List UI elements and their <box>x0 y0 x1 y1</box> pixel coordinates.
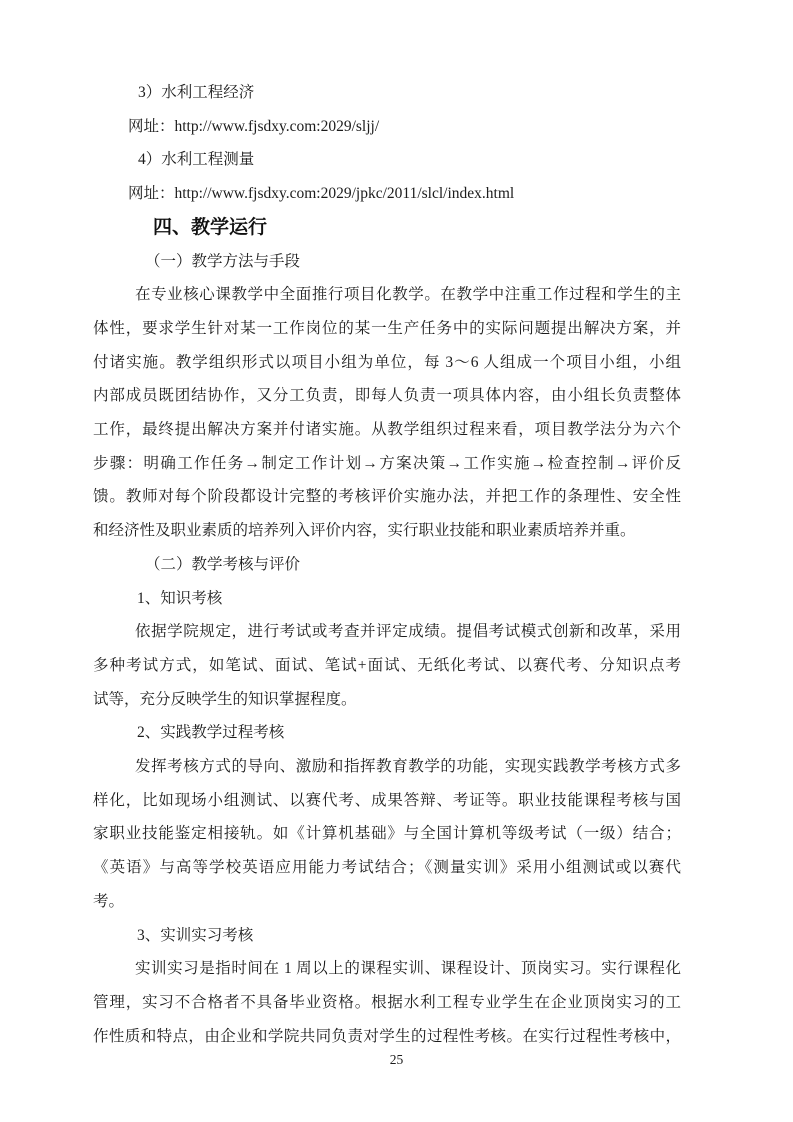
page-number: 25 <box>0 1050 793 1070</box>
list-item: 4）水利工程测量 <box>93 143 681 177</box>
list-point: 3、实训实习考核 <box>93 919 681 953</box>
text-line: 依据学院规定，进行考试或考查并评定成绩。提倡考试模式创新和改革，采用 <box>93 615 681 649</box>
text-line: 家职业技能鉴定相接轨。如《计算机基础》与全国计算机等级考试（一级）结合； <box>93 817 681 851</box>
text-line: 工作，最终提出解决方案并付诸实施。从教学组织过程来看，项目教学法分为六个 <box>93 413 681 447</box>
text-line: 体性，要求学生针对某一工作岗位的某一生产任务中的实际问题提出解决方案，并 <box>93 312 681 346</box>
text-line: 样化，比如现场小组测试、以赛代考、成果答辩、考证等。职业技能课程考核与国 <box>93 784 681 818</box>
document-page: 3）水利工程经济网址：http://www.fjsdxy.com:2029/sl… <box>0 0 793 1122</box>
text-line: 多种考试方式，如笔试、面试、笔试+面试、无纸化考试、以赛代考、分知识点考 <box>93 649 681 683</box>
text-line: 内部成员既团结协作，又分工负责，即每人负责一项具体内容，由小组长负责整体 <box>93 379 681 413</box>
text-line: 付诸实施。教学组织形式以项目小组为单位，每 3～6 人组成一个项目小组，小组 <box>93 346 681 380</box>
text-line: 和经济性及职业素质的培养列入评价内容，实行职业技能和职业素质培养并重。 <box>93 514 681 548</box>
text-line: 馈。教师对每个阶段都设计完整的考核评价实施办法，并把工作的条理性、安全性 <box>93 480 681 514</box>
text-line: 实训实习是指时间在 1 周以上的课程实训、课程设计、顶岗实习。实行课程化 <box>93 952 681 986</box>
list-item: 3）水利工程经济 <box>93 76 681 110</box>
url-line: 网址：http://www.fjsdxy.com:2029/jpkc/2011/… <box>93 177 681 211</box>
section-heading: 四、教学运行 <box>93 211 681 245</box>
document-body: 3）水利工程经济网址：http://www.fjsdxy.com:2029/sl… <box>93 76 681 1053</box>
subsection-title: （二）教学考核与评价 <box>93 548 681 582</box>
subsection-title: （一）教学方法与手段 <box>93 245 681 279</box>
text-line: 作性质和特点，由企业和学院共同负责对学生的过程性考核。在实行过程性考核中， <box>93 1020 681 1054</box>
list-point: 2、实践教学过程考核 <box>93 716 681 750</box>
text-line: 考。 <box>93 885 681 919</box>
text-line: 试等，充分反映学生的知识掌握程度。 <box>93 683 681 717</box>
text-line: 步骤：明确工作任务→制定工作计划→方案决策→工作实施→检查控制→评价反 <box>93 447 681 481</box>
url-line: 网址：http://www.fjsdxy.com:2029/sljj/ <box>93 110 681 144</box>
text-line: 发挥考核方式的导向、激励和指挥教育教学的功能，实现实践教学考核方式多 <box>93 750 681 784</box>
list-point: 1、知识考核 <box>93 582 681 616</box>
text-line: 在专业核心课教学中全面推行项目化教学。在教学中注重工作过程和学生的主 <box>93 278 681 312</box>
text-line: 《英语》与高等学校英语应用能力考试结合；《测量实训》采用小组测试或以赛代 <box>93 851 681 885</box>
text-line: 管理，实习不合格者不具备毕业资格。根据水利工程专业学生在企业顶岗实习的工 <box>93 986 681 1020</box>
